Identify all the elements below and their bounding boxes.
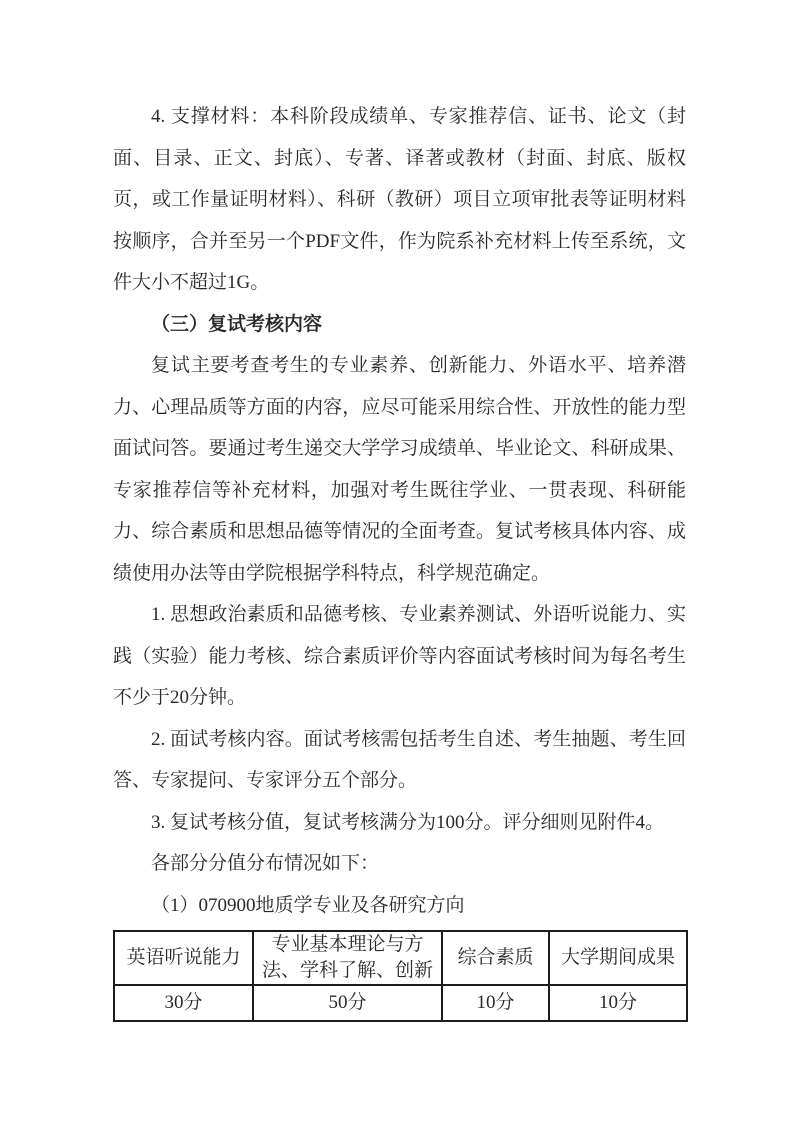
header-comprehensive-quality: 综合素质 [442, 931, 549, 985]
score-table-value-row: 30分 50分 10分 10分 [114, 985, 687, 1021]
score-english-listening-speaking: 30分 [114, 985, 253, 1021]
paragraph-support-materials: 4. 支撑材料：本科阶段成绩单、专家推荐信、证书、论文（封面、目录、正文、封底）… [113, 96, 686, 304]
paragraph-item-3: 3. 复试考核分值，复试考核满分为100分。评分细则见附件4。 [113, 802, 686, 844]
header-professional-theory-method: 专业基本理论与方法、学科了解、创新 [253, 931, 442, 985]
paragraph-assessment-overview: 复试主要考查考生的专业素养、创新能力、外语水平、培养潜力、心理品质等方面的内容，… [113, 345, 686, 594]
score-professional-theory-method: 50分 [253, 985, 442, 1021]
header-english-listening-speaking: 英语听说能力 [114, 931, 253, 985]
header-university-achievements: 大学期间成果 [549, 931, 687, 985]
paragraph-distribution-intro: 各部分分值分布情况如下： [113, 843, 686, 885]
paragraph-item-1: 1. 思想政治素质和品德考核、专业素养测试、外语听说能力、实践（实验）能力考核、… [113, 594, 686, 719]
score-table: 英语听说能力 专业基本理论与方法、学科了解、创新 综合素质 大学期间成果 30分… [113, 930, 688, 1022]
score-comprehensive-quality: 10分 [442, 985, 549, 1021]
section-heading: （三）复试考核内容 [113, 304, 686, 346]
paragraph-item-2: 2. 面试考核内容。面试考核需包括考生自述、考生抽题、考生回答、专家提问、专家评… [113, 719, 686, 802]
score-table-header-row: 英语听说能力 专业基本理论与方法、学科了解、创新 综合素质 大学期间成果 [114, 931, 687, 985]
content-area: 4. 支撑材料：本科阶段成绩单、专家推荐信、证书、论文（封面、目录、正文、封底）… [113, 96, 686, 1022]
score-university-achievements: 10分 [549, 985, 687, 1021]
table-caption: （1）070900地质学专业及各研究方向 [113, 885, 686, 927]
document-page: 4. 支撑材料：本科阶段成绩单、专家推荐信、证书、论文（封面、目录、正文、封底）… [0, 0, 793, 1121]
